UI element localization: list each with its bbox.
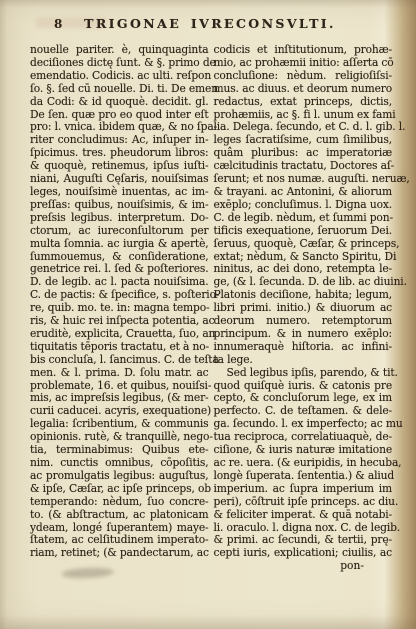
text-line: ac promulgatis legibus: auguſtus, (30, 470, 209, 483)
text-line: nouelle pariter. è, quinquaginta (30, 44, 209, 57)
text-line: to. (& abſtractum, ac platonicam (30, 509, 209, 522)
running-head: 8 TRIGONAE IVRECONSVLTI. (30, 15, 390, 33)
text-line: temperando: nèdum, ſuo concre- (30, 496, 209, 509)
text-line: Sed legibus ipſis, parendo, & tit. (214, 367, 393, 380)
text-line: & feliciter imperat. & quā notabi- (214, 509, 393, 522)
text-line: redactus, extat princeps, dictis, (214, 96, 393, 109)
text-line: innumeraquè hiſtoria. ac infini- (214, 341, 393, 354)
text-line: imperium. ac ſupra imperium im (214, 483, 393, 496)
text-line: leges, nouiſsimè inuentas, ac im- (30, 186, 209, 199)
text-line: mus. ac diuus. et deorum numero (214, 83, 393, 96)
page-title: TRIGONAE IVRECONSVLTI. (30, 16, 390, 31)
text-line: ris, & huic rei inſpecta potentia, ac (30, 315, 209, 328)
text-line: deorum numero. retemptorum (214, 315, 393, 328)
text-line: concluſione: nèdum. religioſiſsi- (214, 70, 393, 83)
column-left: nouelle pariter. è, quinquagintadeciſion… (30, 44, 209, 573)
text-line: preſsis legibus. interpretum. Do- (30, 212, 209, 225)
text-line: riam, retinet; (& pandectarum, ac (30, 547, 209, 560)
catchword: pon- (214, 560, 393, 573)
text-line: & ipſe, Cæſar, ac ipſe princeps, ob (30, 483, 209, 496)
text-line: preſſas: quibus, nouiſsimis, & im- (30, 199, 209, 212)
text-line: C. de legib. nèdum, et ſummi pon- (214, 212, 393, 225)
text-line: tificis exequatione, ſeruorum Dei. (214, 225, 393, 238)
text-line: ſo. §. ſed cū nouelle. Di. ti. De emen (30, 83, 209, 96)
text-line: da Codi: & id quoquè. decidit. gl. (30, 96, 209, 109)
text-line: exēplo; concluſimus. l. Digna uox. (214, 199, 393, 212)
text-line: ac re. uera. (& euripidis, in hecuba, (214, 457, 393, 470)
text-line: bis concluſa, l. ſancimus. C. de teſta (30, 354, 209, 367)
text-line: peri), cōſtruit ipſe princeps. ac diu. (214, 496, 393, 509)
scanned-book-page: 8 TRIGONAE IVRECONSVLTI. nouelle pariter… (0, 0, 416, 629)
text-line: principum. & in numero exēplo: (214, 328, 393, 341)
text-line: eruditè, explicita, Crauetta, ſuo, an (30, 328, 209, 341)
text-line: deciſiones dictę ſunt. & §. primo de (30, 57, 209, 70)
column-right: codicis et inſtitutionum, prohæ-mio, ac … (214, 44, 393, 573)
text-line: cepti iuris, explicationi; ciuilis, ac (214, 547, 393, 560)
text-line: codicis et inſtitutionum, prohæ- (214, 44, 393, 57)
column-right-lines: codicis et inſtitutionum, prohæ-mio, ac … (214, 44, 393, 560)
text-line: multa ſomnia. ac iurgia & apertè, (30, 238, 209, 251)
text-line: ta lege. (214, 354, 393, 367)
text-line: ctorum, ac iureconſultorum per (30, 225, 209, 238)
text-line: nim. cunctis omnibus, cōpoſitis, (30, 457, 209, 470)
text-line: emendatio. Codicis. ac ulti. reſpon (30, 70, 209, 83)
text-line: longè ſuperata. ſententia.) & aliud (214, 470, 393, 483)
text-line: ſeruus, quoquè, Cæſar, & princeps, (214, 238, 393, 251)
text-line: & trayani. ac Antonini, & aliorum (214, 186, 393, 199)
text-line: tiquitatis tēporis tractatu, et à no- (30, 341, 209, 354)
text-line: men. & l. prima. D. ſolu matr. ac (30, 367, 209, 380)
text-block: nouelle pariter. è, quinquagintadeciſion… (30, 44, 392, 573)
text-line: mio, ac prohæmii initio: aſſerta cō (214, 57, 393, 70)
